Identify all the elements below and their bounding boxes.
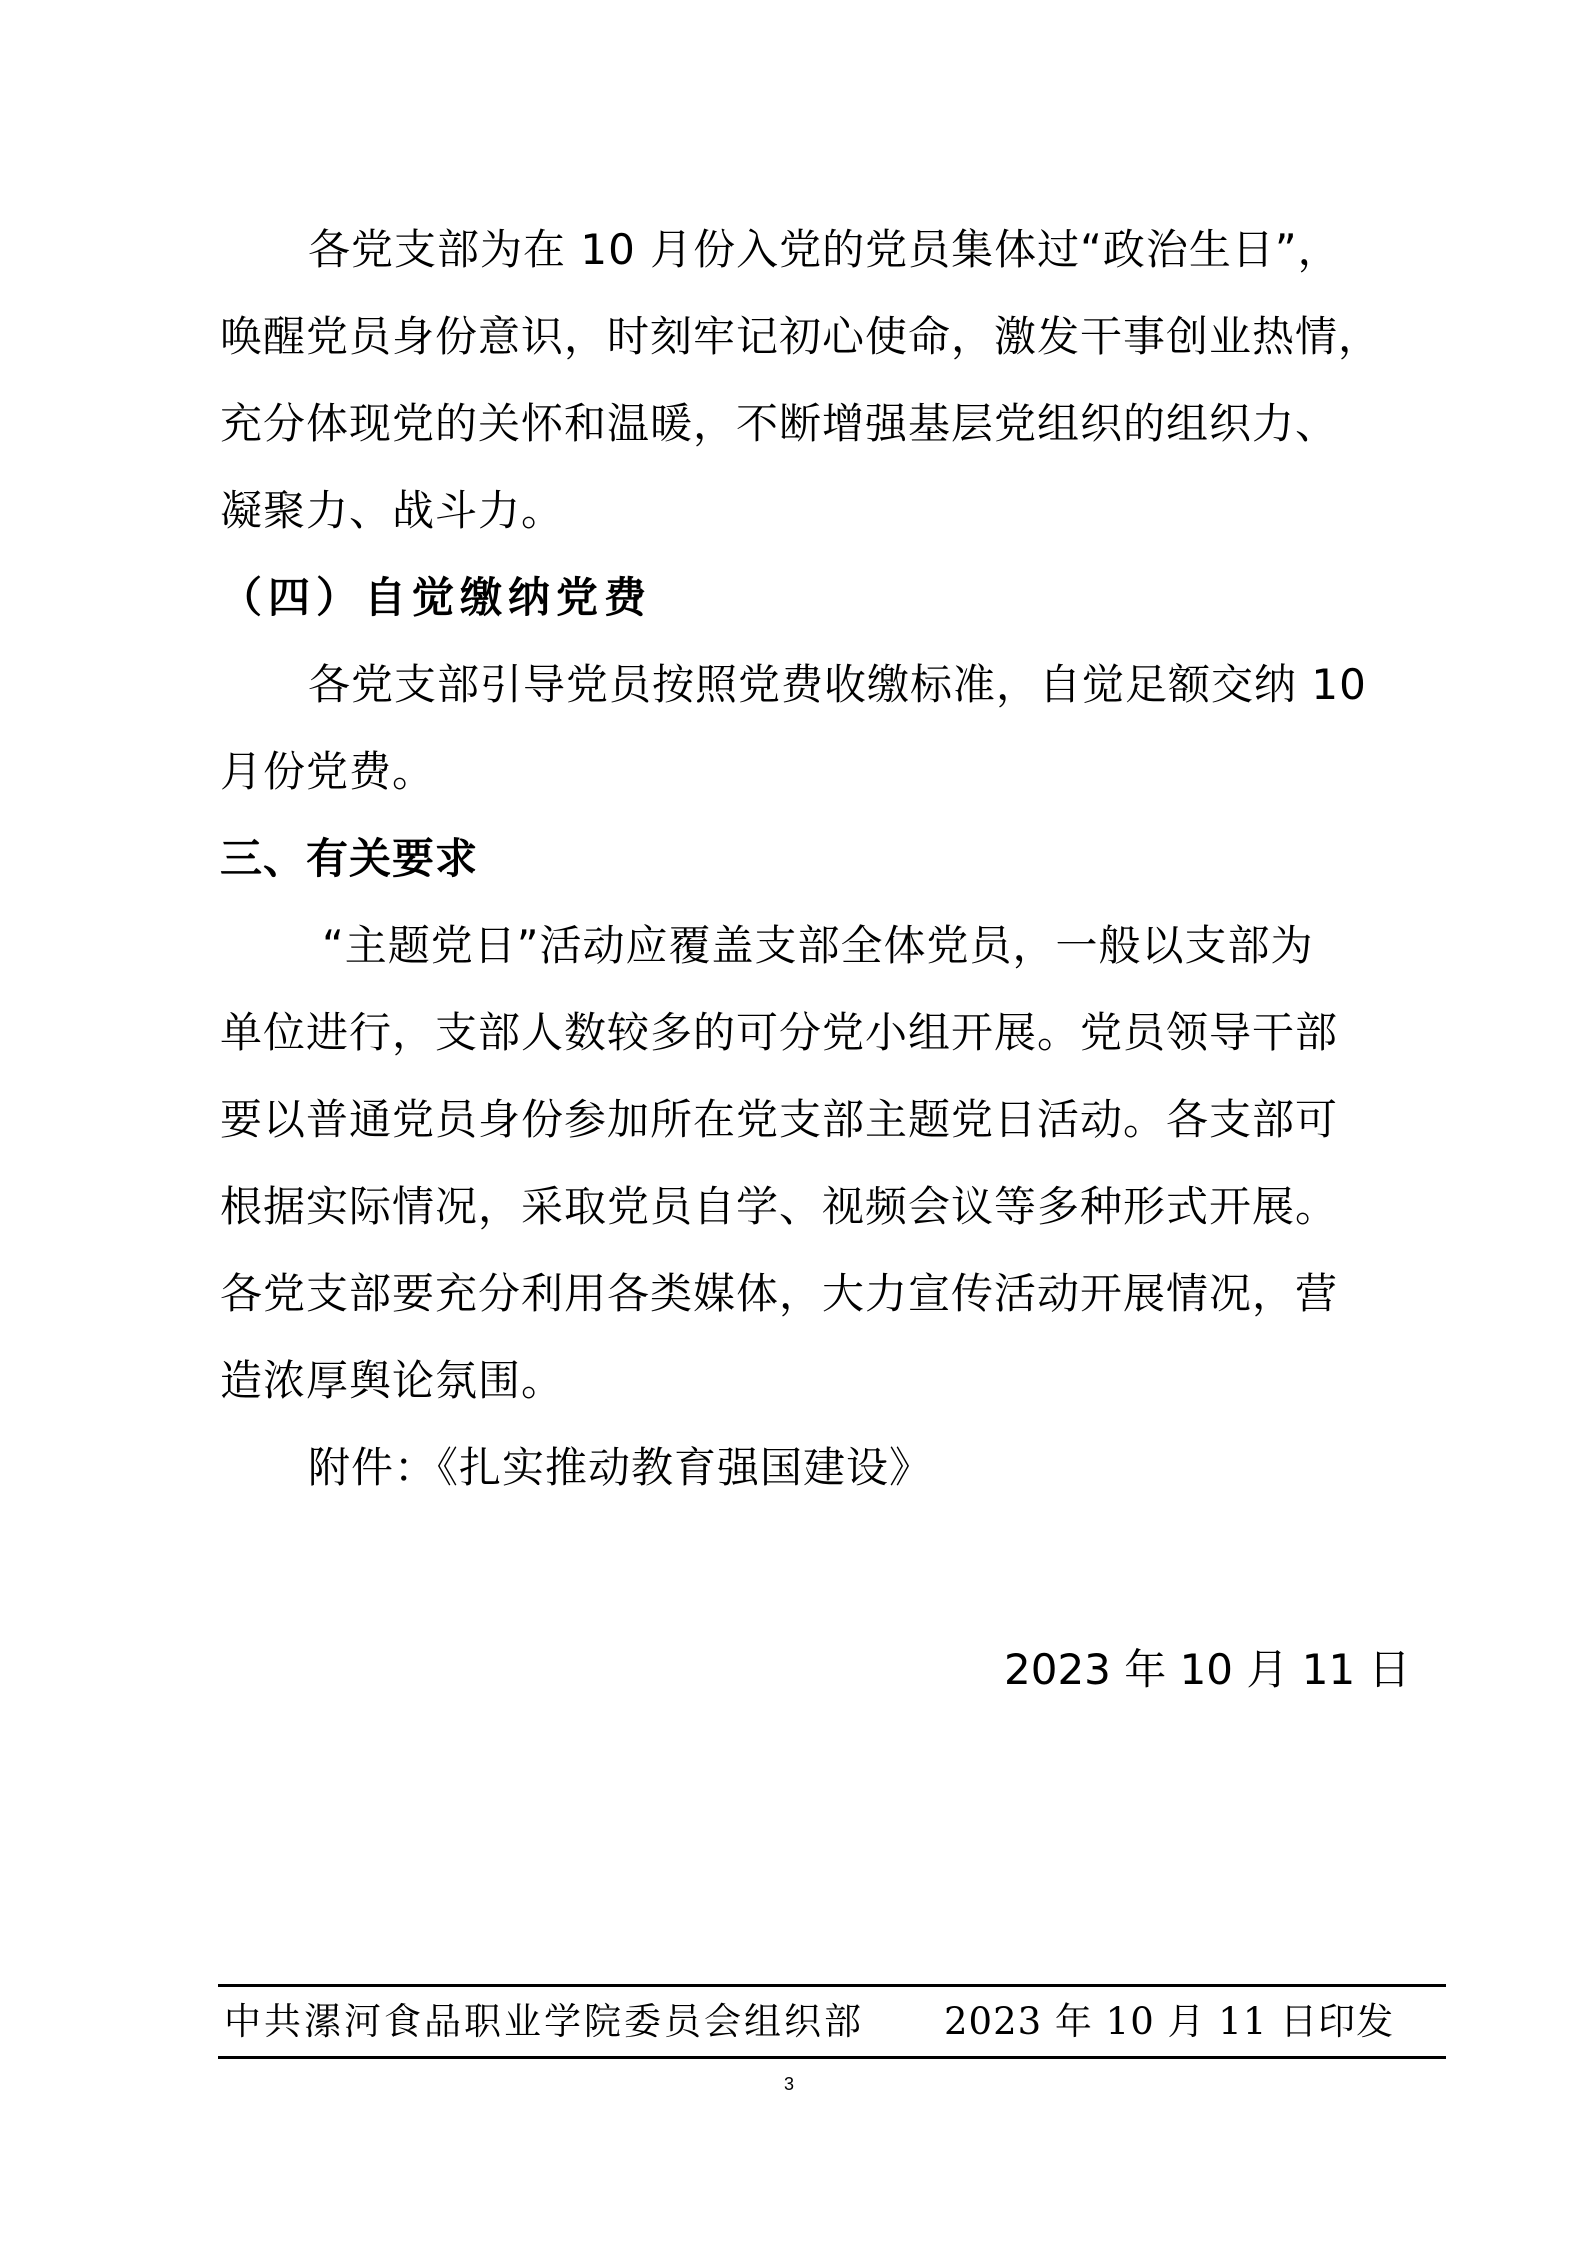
- paragraph-line: 各党支部引导党员按照党费收缴标准，自觉足额交纳 10: [308, 655, 1367, 715]
- attachment-line: 附件：《扎实推动教育强国建设》: [308, 1438, 932, 1498]
- subheading-party-dues: （四）自觉缴纳党费: [220, 568, 652, 628]
- paragraph-line: 唤醒党员身份意识，时刻牢记初心使命，激发干事创业热情，: [220, 307, 1381, 367]
- paragraph-line: 月份党费。: [220, 742, 435, 802]
- paragraph-line: 各党支部要充分利用各类媒体，大力宣传活动开展情况，营: [220, 1264, 1338, 1324]
- colophon-top-rule: [218, 1984, 1446, 1987]
- signature-date: 2023 年 10 月 11 日: [1004, 1640, 1411, 1700]
- paragraph-line: 根据实际情况，采取党员自学、视频会议等多种形式开展。: [220, 1177, 1338, 1237]
- paragraph-line: “主题党日”活动应覆盖支部全体党员，一般以支部为: [322, 916, 1314, 976]
- paragraph-line: 各党支部为在 10 月份入党的党员集体过“政治生日”，: [308, 220, 1341, 280]
- paragraph-line: 单位进行，支部人数较多的可分党小组开展。党员领导干部: [220, 1003, 1338, 1063]
- colophon-issue-date: 2023 年 10 月 11 日印发: [944, 1992, 1394, 2052]
- paragraph-line: 要以普通党员身份参加所在党支部主题党日活动。各支部可: [220, 1090, 1338, 1150]
- colophon-issuer: 中共漯河食品职业学院委员会组织部: [224, 1992, 864, 2052]
- paragraph-line: 造浓厚舆论氛围。: [220, 1351, 564, 1411]
- document-page: 各党支部为在 10 月份入党的党员集体过“政治生日”， 唤醒党员身份意识，时刻牢…: [0, 0, 1587, 2245]
- paragraph-line: 充分体现党的关怀和温暖，不断增强基层党组织的组织力、: [220, 394, 1338, 454]
- paragraph-line: 凝聚力、战斗力。: [220, 481, 564, 541]
- section-title-requirements: 三、有关要求: [220, 829, 478, 889]
- colophon-bottom-rule: [218, 2056, 1446, 2059]
- page-number: 3: [784, 2074, 794, 2095]
